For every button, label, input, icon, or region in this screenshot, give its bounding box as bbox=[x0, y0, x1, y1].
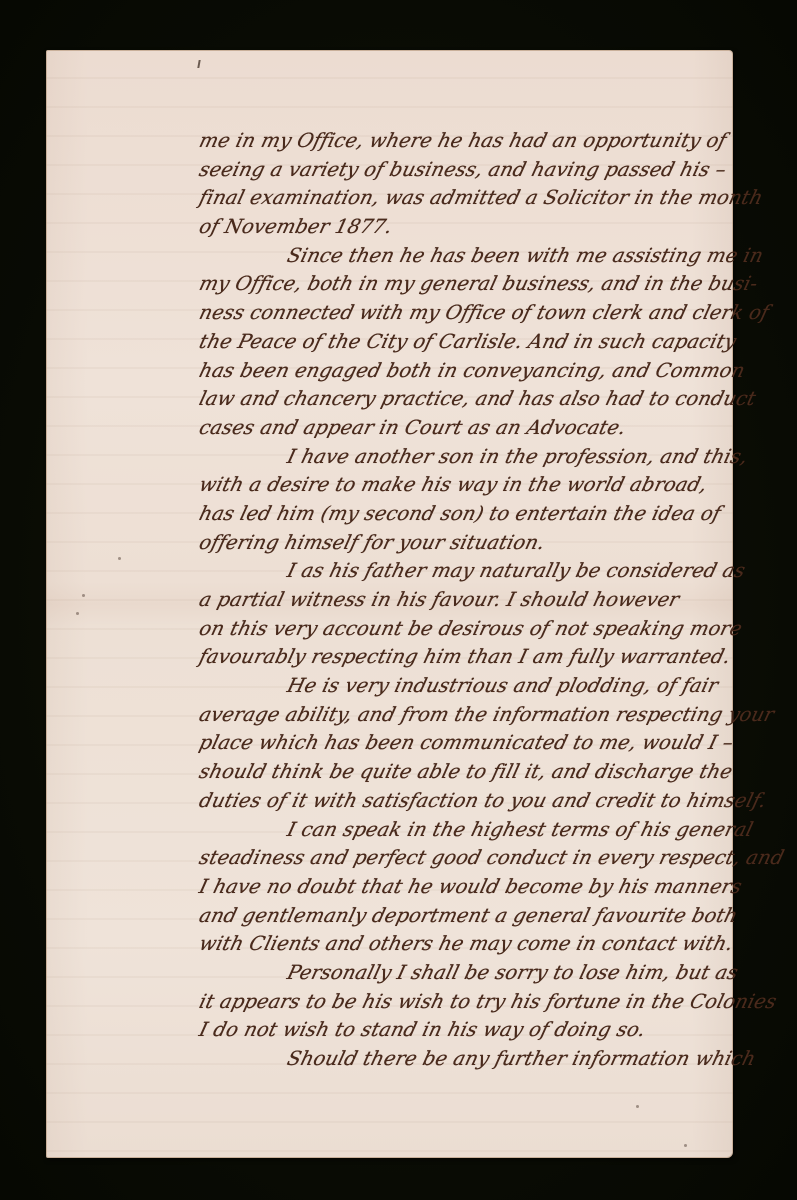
paper-speck bbox=[76, 612, 79, 615]
text-line: on this very account be desirous of not … bbox=[196, 615, 743, 644]
paper-speck bbox=[684, 1144, 687, 1147]
text-line: average ability, and from the informatio… bbox=[196, 701, 743, 730]
paper-speck bbox=[118, 557, 121, 560]
text-line: He is very industrious and plodding, of … bbox=[196, 672, 743, 701]
text-line: has been engaged both in conveyancing, a… bbox=[196, 357, 743, 386]
paper-speck bbox=[636, 1105, 639, 1108]
ink-mark bbox=[197, 60, 200, 68]
text-line: it appears to be his wish to try his for… bbox=[196, 988, 743, 1017]
text-line: offering himself for your situation. bbox=[196, 529, 743, 558]
text-line: I have no doubt that he would become by … bbox=[196, 873, 743, 902]
text-line: the Peace of the City of Carlisle. And i… bbox=[196, 328, 743, 357]
text-line: me in my Office, where he has had an opp… bbox=[196, 127, 743, 156]
text-line: I can speak in the highest terms of his … bbox=[196, 816, 743, 845]
text-line: Should there be any further information … bbox=[196, 1045, 743, 1074]
text-line: a partial witness in his favour. I shoul… bbox=[196, 586, 743, 615]
text-line: final examination, was admitted a Solici… bbox=[196, 184, 743, 213]
text-line: place which has been communicated to me,… bbox=[196, 729, 743, 758]
text-line: my Office, both in my general business, … bbox=[196, 270, 743, 299]
text-line: duties of it with satisfaction to you an… bbox=[196, 787, 743, 816]
text-line: seeing a variety of business, and having… bbox=[196, 156, 743, 185]
text-line: Since then he has been with me assisting… bbox=[196, 242, 743, 271]
text-line: favourably respecting him than I am full… bbox=[196, 643, 743, 672]
letter-page: me in my Office, where he has had an opp… bbox=[46, 50, 733, 1158]
text-line: of November 1877. bbox=[196, 213, 743, 242]
text-line: with a desire to make his way in the wor… bbox=[196, 471, 743, 500]
text-line: should think be quite able to fill it, a… bbox=[196, 758, 743, 787]
paper-speck bbox=[82, 594, 85, 597]
text-line: and gentlemanly deportment a general fav… bbox=[196, 902, 743, 931]
handwritten-text: me in my Office, where he has had an opp… bbox=[196, 127, 736, 1074]
text-line: with Clients and others he may come in c… bbox=[196, 930, 743, 959]
text-line: law and chancery practice, and has also … bbox=[196, 385, 743, 414]
text-line: I do not wish to stand in his way of doi… bbox=[196, 1016, 743, 1045]
text-line: Personally I shall be sorry to lose him,… bbox=[196, 959, 743, 988]
text-line: I have another son in the profession, an… bbox=[196, 443, 743, 472]
text-line: I as his father may naturally be conside… bbox=[196, 557, 743, 586]
text-line: steadiness and perfect good conduct in e… bbox=[196, 844, 743, 873]
text-line: has led him (my second son) to entertain… bbox=[196, 500, 743, 529]
text-line: ness connected with my Office of town cl… bbox=[196, 299, 743, 328]
text-line: cases and appear in Court as an Advocate… bbox=[196, 414, 743, 443]
